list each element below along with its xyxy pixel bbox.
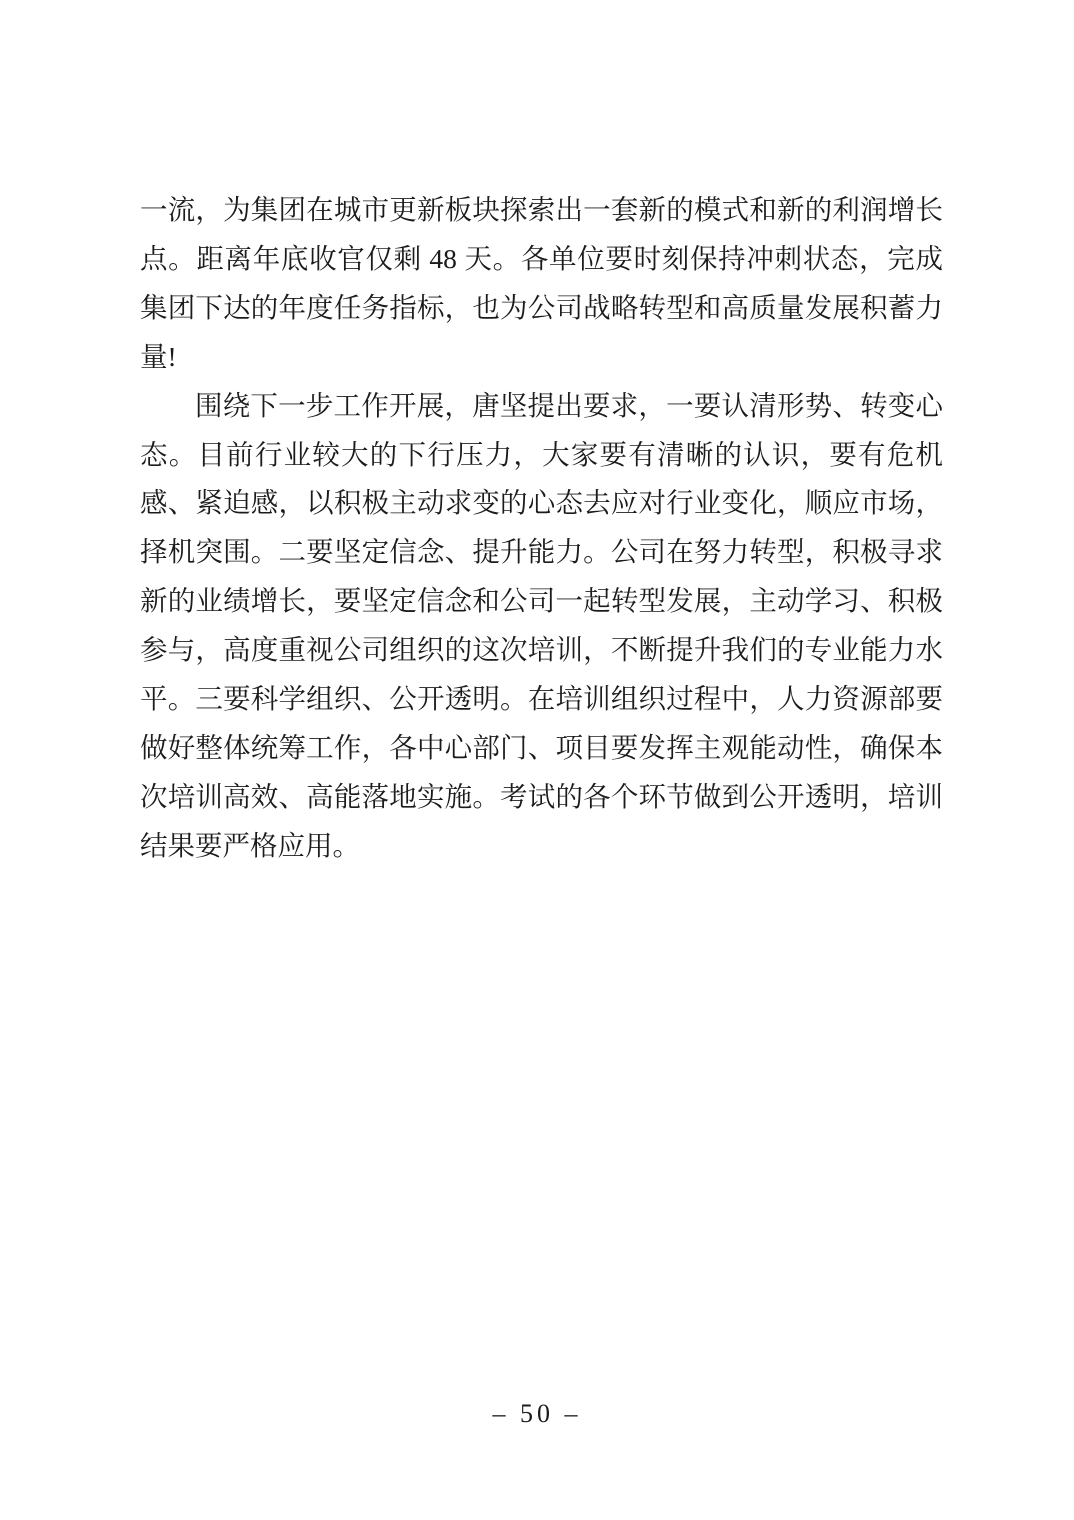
document-page: 一流，为集团在城市更新板块探索出一套新的模式和新的利润增长点。距离年底收官仅剩 …	[0, 0, 1074, 1520]
paragraph-continuation: 一流，为集团在城市更新板块探索出一套新的模式和新的利润增长点。距离年底收官仅剩 …	[140, 186, 943, 382]
page-footer: – 50 –	[0, 1399, 1074, 1429]
document-body: 一流，为集团在城市更新板块探索出一套新的模式和新的利润增长点。距离年底收官仅剩 …	[140, 186, 943, 871]
paragraph-requirements: 围绕下一步工作开展，唐坚提出要求，一要认清形势、转变心态。目前行业较大的下行压力…	[140, 382, 943, 871]
page-number: – 50 –	[493, 1399, 582, 1428]
